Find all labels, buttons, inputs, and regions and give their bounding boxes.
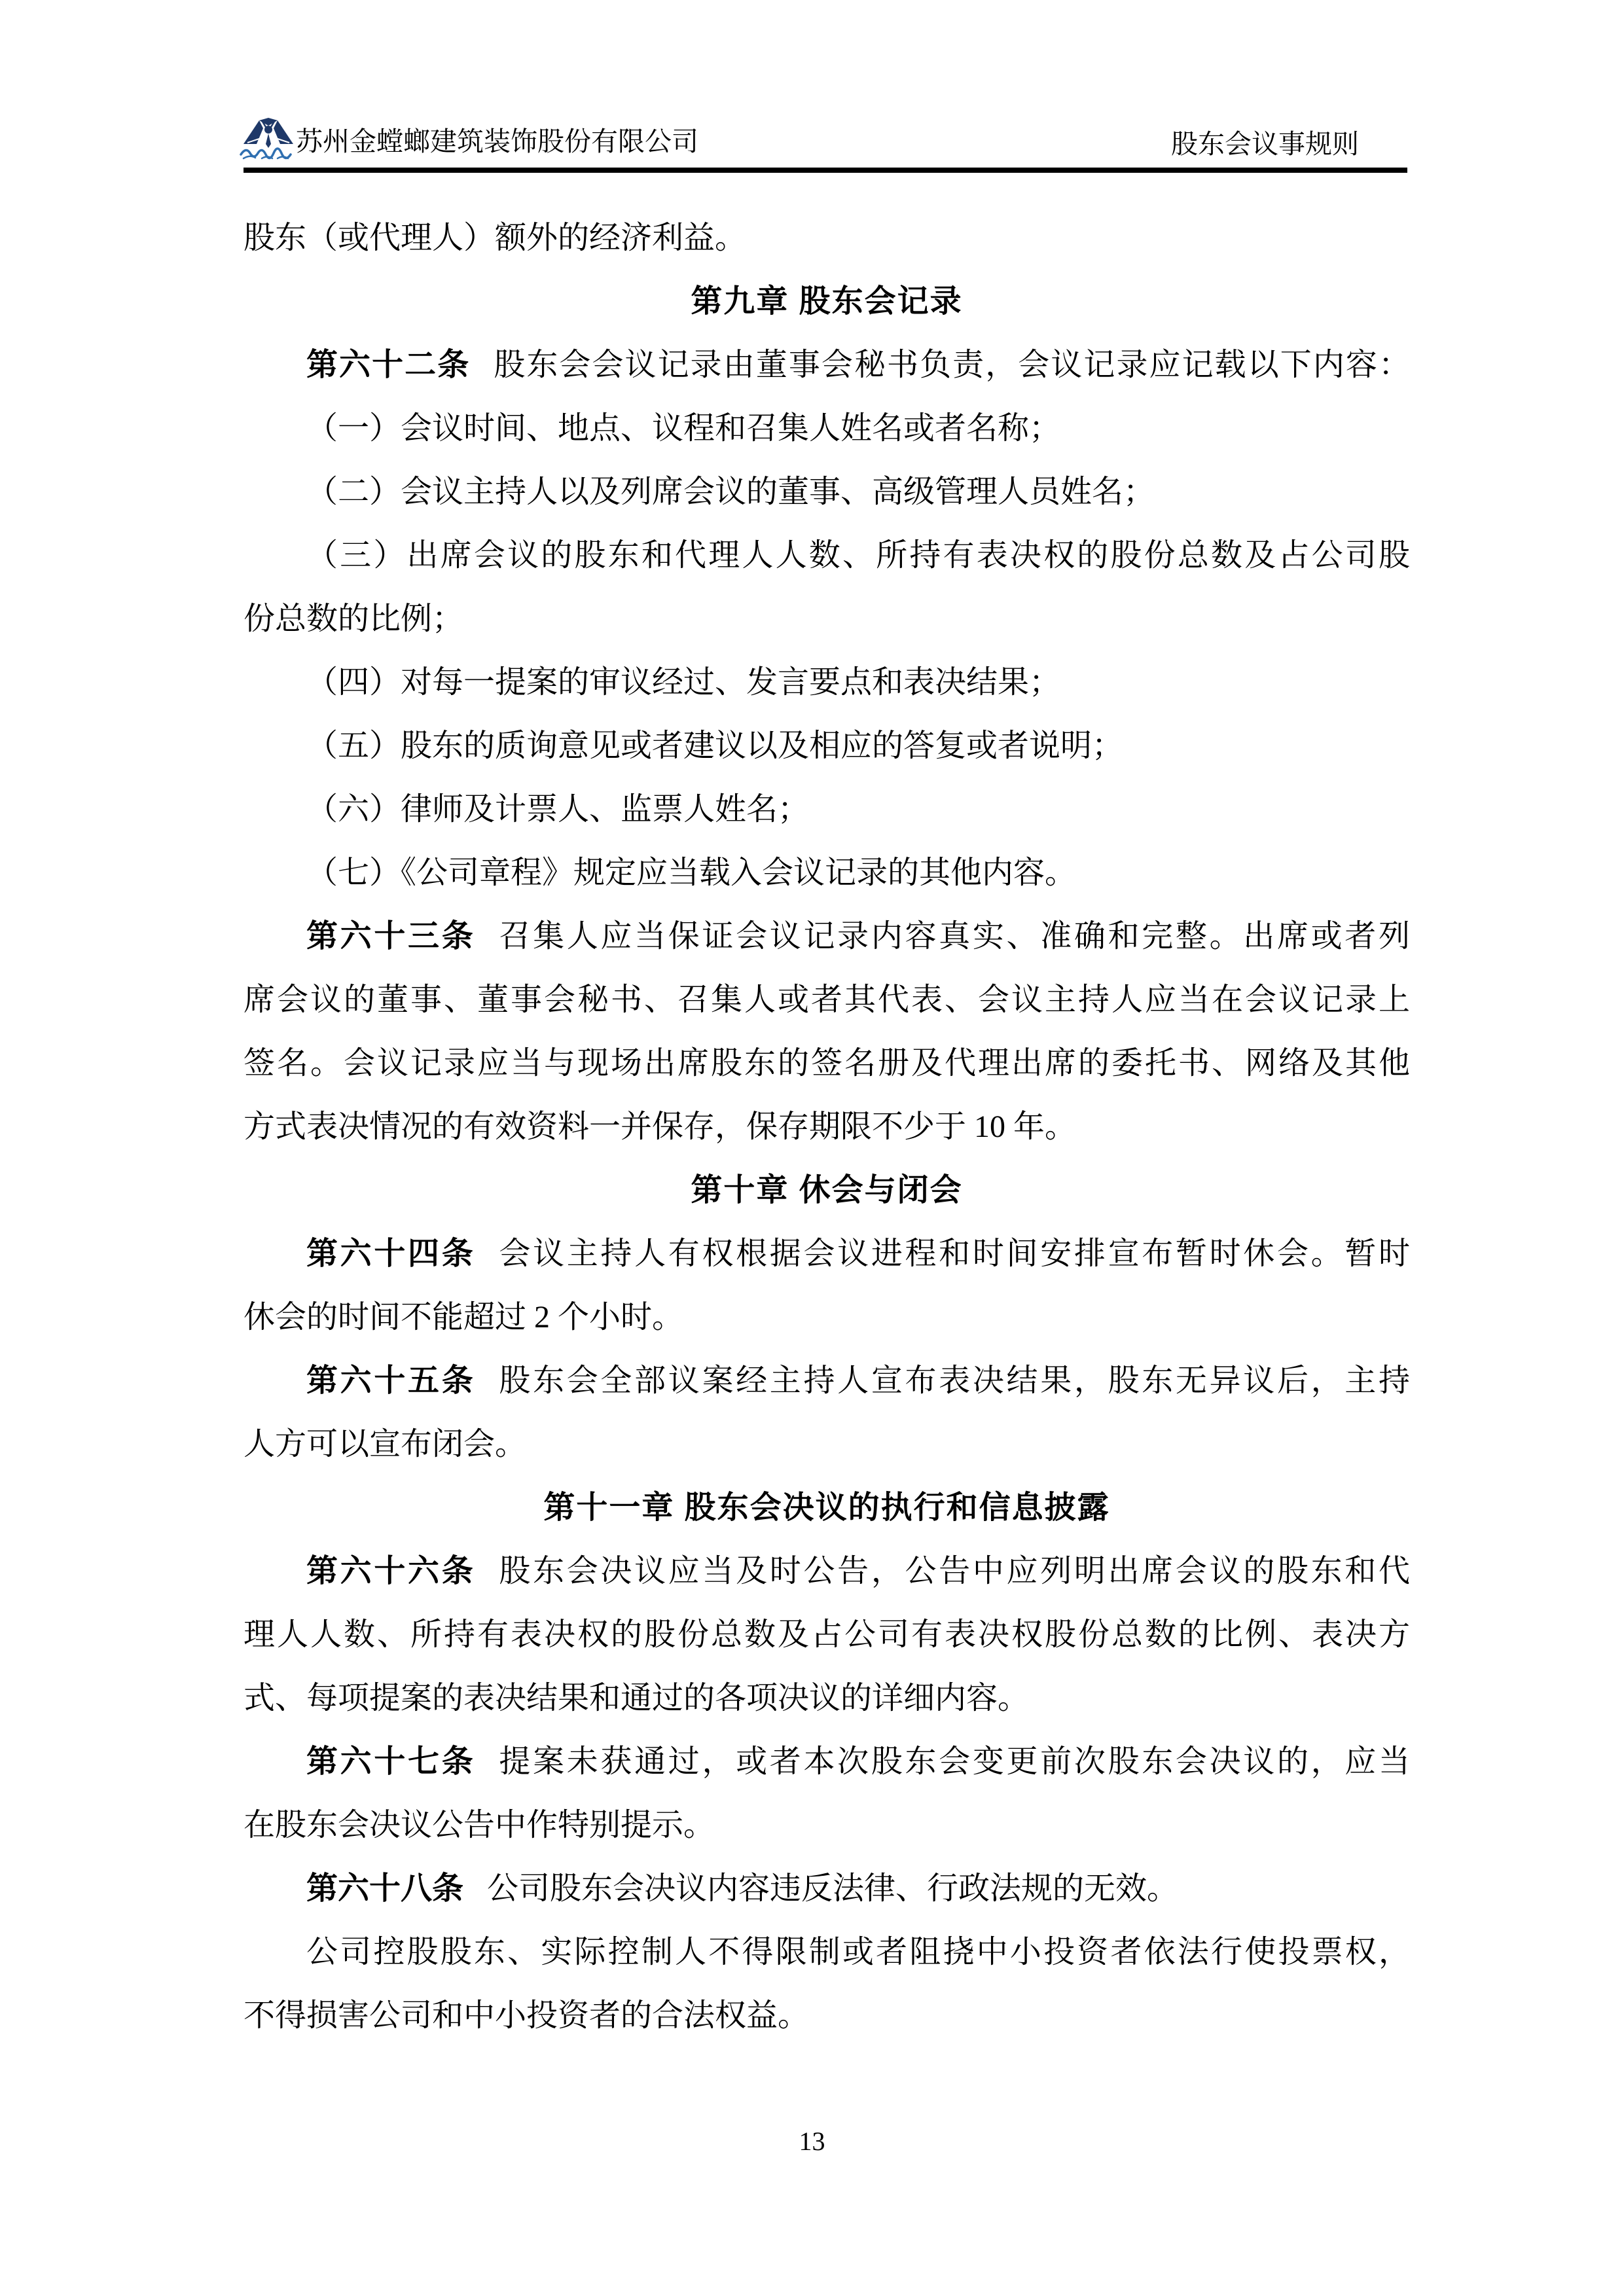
- document-line: 份总数的比例；: [244, 587, 1410, 651]
- header-doc-title: 股东会议事规则: [1171, 128, 1359, 160]
- header-company-name: 苏州金螳螂建筑装饰股份有限公司: [296, 126, 698, 157]
- line-text: 人方可以宣布闭会。: [244, 1427, 526, 1462]
- line-text: 休会的时间不能超过 2 个小时。: [244, 1300, 683, 1335]
- document-line: （六）律师及计票人、监票人姓名；: [244, 778, 1410, 841]
- line-text: 份总数的比例；: [244, 601, 463, 636]
- line-text: （三）出席会议的股东和代理人人数、所持有表决权的股份总数及占公司股: [306, 538, 1410, 573]
- article-number: 第六十四条: [306, 1236, 475, 1271]
- line-text: 方式表决情况的有效资料一并保存，保存期限不少于 10 年。: [244, 1109, 1076, 1144]
- line-text: （七）《公司章程》规定应当载入会议记录的其他内容。: [306, 855, 1076, 890]
- document-line: （二）会议主持人以及列席会议的董事、高级管理人员姓名；: [244, 460, 1410, 524]
- line-text: 第十章 休会与闭会: [691, 1173, 962, 1208]
- article-line: 第六十五条股东会全部议案经主持人宣布表决结果，股东无异议后，主持: [244, 1349, 1410, 1412]
- line-text: 公司控股股东、实际控制人不得限制或者阻挠中小投资者依法行使投票权，: [306, 1935, 1410, 1969]
- article-line: 第六十三条召集人应当保证会议记录内容真实、准确和完整。出席或者列: [244, 905, 1410, 968]
- document-line: 理人人数、所持有表决权的股份总数及占公司有表决权股份总数的比例、表决方: [244, 1603, 1410, 1666]
- line-text: 理人人数、所持有表决权的股份总数及占公司有表决权股份总数的比例、表决方: [244, 1617, 1410, 1652]
- document-line: 式、每项提案的表决结果和通过的各项决议的详细内容。: [244, 1666, 1410, 1730]
- line-text: 在股东会决议公告中作特别提示。: [244, 1808, 715, 1842]
- chapter-heading: 第十一章 股东会决议的执行和信息披露: [244, 1476, 1410, 1539]
- document-line: 签名。会议记录应当与现场出席股东的签名册及代理出席的委托书、网络及其他: [244, 1031, 1410, 1095]
- line-text: 不得损害公司和中小投资者的合法权益。: [244, 1998, 809, 2033]
- line-text: （四）对每一提案的审议经过、发言要点和表决结果；: [306, 665, 1060, 700]
- article-line: 第六十七条提案未获通过，或者本次股东会变更前次股东会决议的，应当: [244, 1730, 1410, 1793]
- document-line: （七）《公司章程》规定应当载入会议记录的其他内容。: [244, 841, 1410, 905]
- line-text: 第十一章 股东会决议的执行和信息披露: [543, 1490, 1110, 1525]
- article-line: 第六十四条会议主持人有权根据会议进程和时间安排宣布暂时休会。暂时: [244, 1222, 1410, 1285]
- document-line: （一）会议时间、地点、议程和召集人姓名或者名称；: [244, 397, 1410, 460]
- document-line: 股东（或代理人）额外的经济利益。: [244, 206, 1410, 270]
- line-text: （六）律师及计票人、监票人姓名；: [306, 792, 809, 827]
- article-number: 第六十五条: [306, 1363, 475, 1398]
- line-text: 提案未获通过，或者本次股东会变更前次股东会决议的，应当: [499, 1744, 1410, 1779]
- document-line: （四）对每一提案的审议经过、发言要点和表决结果；: [244, 651, 1410, 714]
- page-number: 13: [0, 2126, 1624, 2157]
- document-line: 在股东会决议公告中作特别提示。: [244, 1793, 1410, 1857]
- article-number: 第六十六条: [306, 1554, 475, 1588]
- line-text: 股东会全部议案经主持人宣布表决结果，股东无异议后，主持: [499, 1363, 1410, 1398]
- line-text: 第九章 股东会记录: [691, 284, 962, 319]
- article-number: 第六十八条: [306, 1871, 463, 1906]
- line-text: 会议主持人有权根据会议进程和时间安排宣布暂时休会。暂时: [499, 1236, 1410, 1271]
- header-rule: [244, 168, 1407, 173]
- line-text: 式、每项提案的表决结果和通过的各项决议的详细内容。: [244, 1681, 1029, 1715]
- gold-mantis-logo-icon: [240, 118, 297, 164]
- line-text: 股东会会议记录由董事会秘书负责，会议记录应记载以下内容：: [494, 348, 1410, 382]
- document-line: 不得损害公司和中小投资者的合法权益。: [244, 1984, 1410, 2047]
- line-text: 签名。会议记录应当与现场出席股东的签名册及代理出席的委托书、网络及其他: [244, 1046, 1410, 1081]
- line-text: 公司股东会决议内容违反法律、行政法规的无效。: [487, 1871, 1178, 1906]
- line-text: 股东会决议应当及时公告，公告中应列明出席会议的股东和代: [499, 1554, 1410, 1588]
- line-text: 股东（或代理人）额外的经济利益。: [244, 221, 746, 255]
- document-line: 席会议的董事、董事会秘书、召集人或者其代表、会议主持人应当在会议记录上: [244, 968, 1410, 1031]
- document-page: 苏州金螳螂建筑装饰股份有限公司 股东会议事规则 股东（或代理人）额外的经济利益。…: [0, 0, 1624, 2296]
- article-number: 第六十七条: [306, 1744, 475, 1779]
- document-line: 休会的时间不能超过 2 个小时。: [244, 1285, 1410, 1349]
- chapter-heading: 第十章 休会与闭会: [244, 1158, 1410, 1222]
- article-line: 第六十六条股东会决议应当及时公告，公告中应列明出席会议的股东和代: [244, 1539, 1410, 1603]
- line-text: （五）股东的质询意见或者建议以及相应的答复或者说明；: [306, 728, 1123, 763]
- document-line: （五）股东的质询意见或者建议以及相应的答复或者说明；: [244, 714, 1410, 778]
- article-line: 第六十二条股东会会议记录由董事会秘书负责，会议记录应记载以下内容：: [244, 333, 1410, 397]
- line-text: 召集人应当保证会议记录内容真实、准确和完整。出席或者列: [499, 919, 1410, 954]
- article-number: 第六十三条: [306, 919, 475, 954]
- line-text: 席会议的董事、董事会秘书、召集人或者其代表、会议主持人应当在会议记录上: [244, 982, 1410, 1017]
- document-body: 股东（或代理人）额外的经济利益。第九章 股东会记录第六十二条股东会会议记录由董事…: [244, 206, 1410, 2047]
- document-line: 方式表决情况的有效资料一并保存，保存期限不少于 10 年。: [244, 1095, 1410, 1158]
- chapter-heading: 第九章 股东会记录: [244, 270, 1410, 333]
- document-line: 人方可以宣布闭会。: [244, 1412, 1410, 1476]
- document-line: （三）出席会议的股东和代理人人数、所持有表决权的股份总数及占公司股: [244, 524, 1410, 587]
- document-line: 公司控股股东、实际控制人不得限制或者阻挠中小投资者依法行使投票权，: [244, 1920, 1410, 1984]
- line-text: （二）会议主持人以及列席会议的董事、高级管理人员姓名；: [306, 475, 1155, 509]
- article-number: 第六十二条: [306, 348, 470, 382]
- line-text: （一）会议时间、地点、议程和召集人姓名或者名称；: [306, 411, 1060, 446]
- article-line: 第六十八条公司股东会决议内容违反法律、行政法规的无效。: [244, 1857, 1410, 1920]
